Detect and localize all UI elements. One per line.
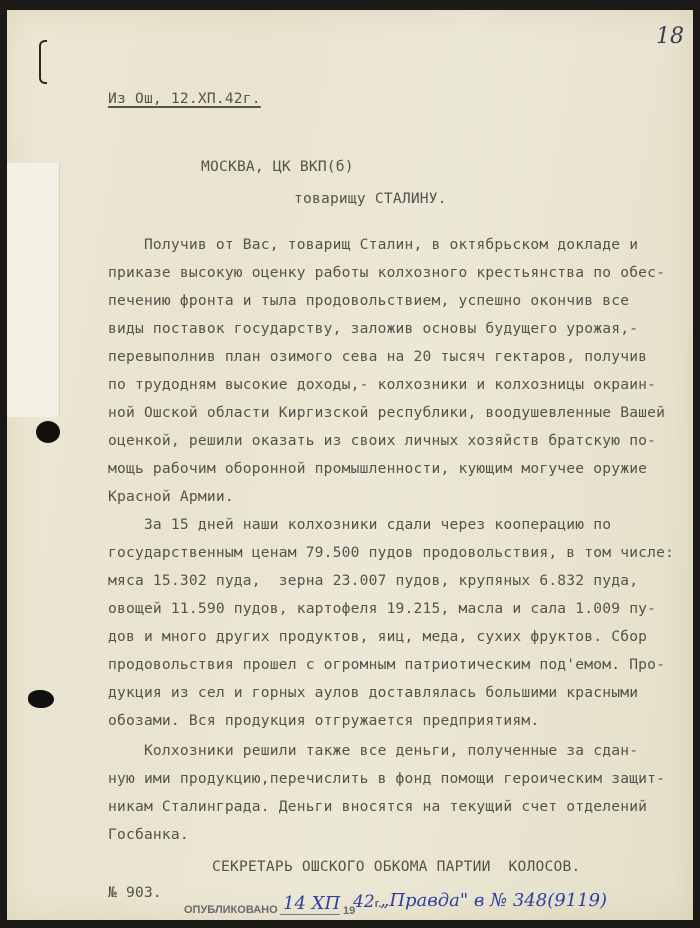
body-line: обозами. Вся продукция отгружается предп… xyxy=(108,712,539,729)
body-line: оценкой, решили оказать из своих личных … xyxy=(108,432,656,449)
body-line: продовольствия прошел с огромным патриот… xyxy=(108,656,665,673)
body-line: дукция из сел и горных аулов доставлялас… xyxy=(108,684,638,701)
body-line: приказе высокую оценку работы колхозного… xyxy=(108,264,665,281)
body-line: печению фронта и тыла продовольствием, у… xyxy=(108,292,629,309)
body-line: За 15 дней наши колхозники сдали через к… xyxy=(108,516,611,533)
published-label: ОПУБЛИКОВАНО xyxy=(184,904,278,916)
body-line: государственным ценам 79.500 пудов продо… xyxy=(108,544,674,561)
body-line: Колхозники решили также все деньги, полу… xyxy=(108,742,638,759)
paper-repair-strip xyxy=(7,163,60,417)
body-line: мощь рабочим оборонной промышленности, к… xyxy=(108,460,647,477)
telegram-source-line: Из Ош, 12.ХП.42г. xyxy=(108,90,261,107)
body-line: по трудодням высокие доходы,- колхозники… xyxy=(108,376,656,393)
body-line: овощей 11.590 пудов, картофеля 19.215, м… xyxy=(108,600,656,617)
punch-hole-icon xyxy=(28,690,54,708)
date-underline xyxy=(280,914,340,915)
body-line: Госбанка. xyxy=(108,826,189,843)
binding-clip-icon xyxy=(39,40,47,84)
body-line: ную ими продукцию,перечислить в фонд пом… xyxy=(108,770,665,787)
body-line: ной Ошской области Киргизской республики… xyxy=(108,404,665,421)
document-number: № 903. xyxy=(108,884,162,901)
body-line: дов и много других продуктов, яиц, меда,… xyxy=(108,628,647,645)
body-line: виды поставок государству, заложив основ… xyxy=(108,320,638,337)
handwritten-publication-date: 14 ХП xyxy=(283,893,340,914)
addressee-line-1: МОСКВА, ЦК ВКП(б) xyxy=(201,158,354,175)
handwritten-newspaper-reference: „Правда" в № 348(9119) xyxy=(380,890,607,911)
body-line: перевыполнив план озимого сева на 20 тыс… xyxy=(108,348,647,365)
handwritten-year: 42г. xyxy=(353,892,381,912)
body-line: никам Сталинграда. Деньги вносятся на те… xyxy=(108,798,647,815)
body-line: Получив от Вас, товарищ Сталин, в октябр… xyxy=(108,236,638,253)
handwritten-page-number: 18 xyxy=(656,24,684,49)
signature-line: СЕКРЕТАРЬ ОШСКОГО ОБКОМА ПАРТИИ КОЛОСОВ. xyxy=(212,858,580,875)
punch-hole-icon xyxy=(36,421,60,443)
year-digits: 42 xyxy=(353,892,375,912)
body-line: Красной Армии. xyxy=(108,488,234,505)
addressee-line-2: товарищу СТАЛИНУ. xyxy=(294,190,447,207)
body-line: мяса 15.302 пуда, зерна 23.007 пудов, кр… xyxy=(108,572,638,589)
